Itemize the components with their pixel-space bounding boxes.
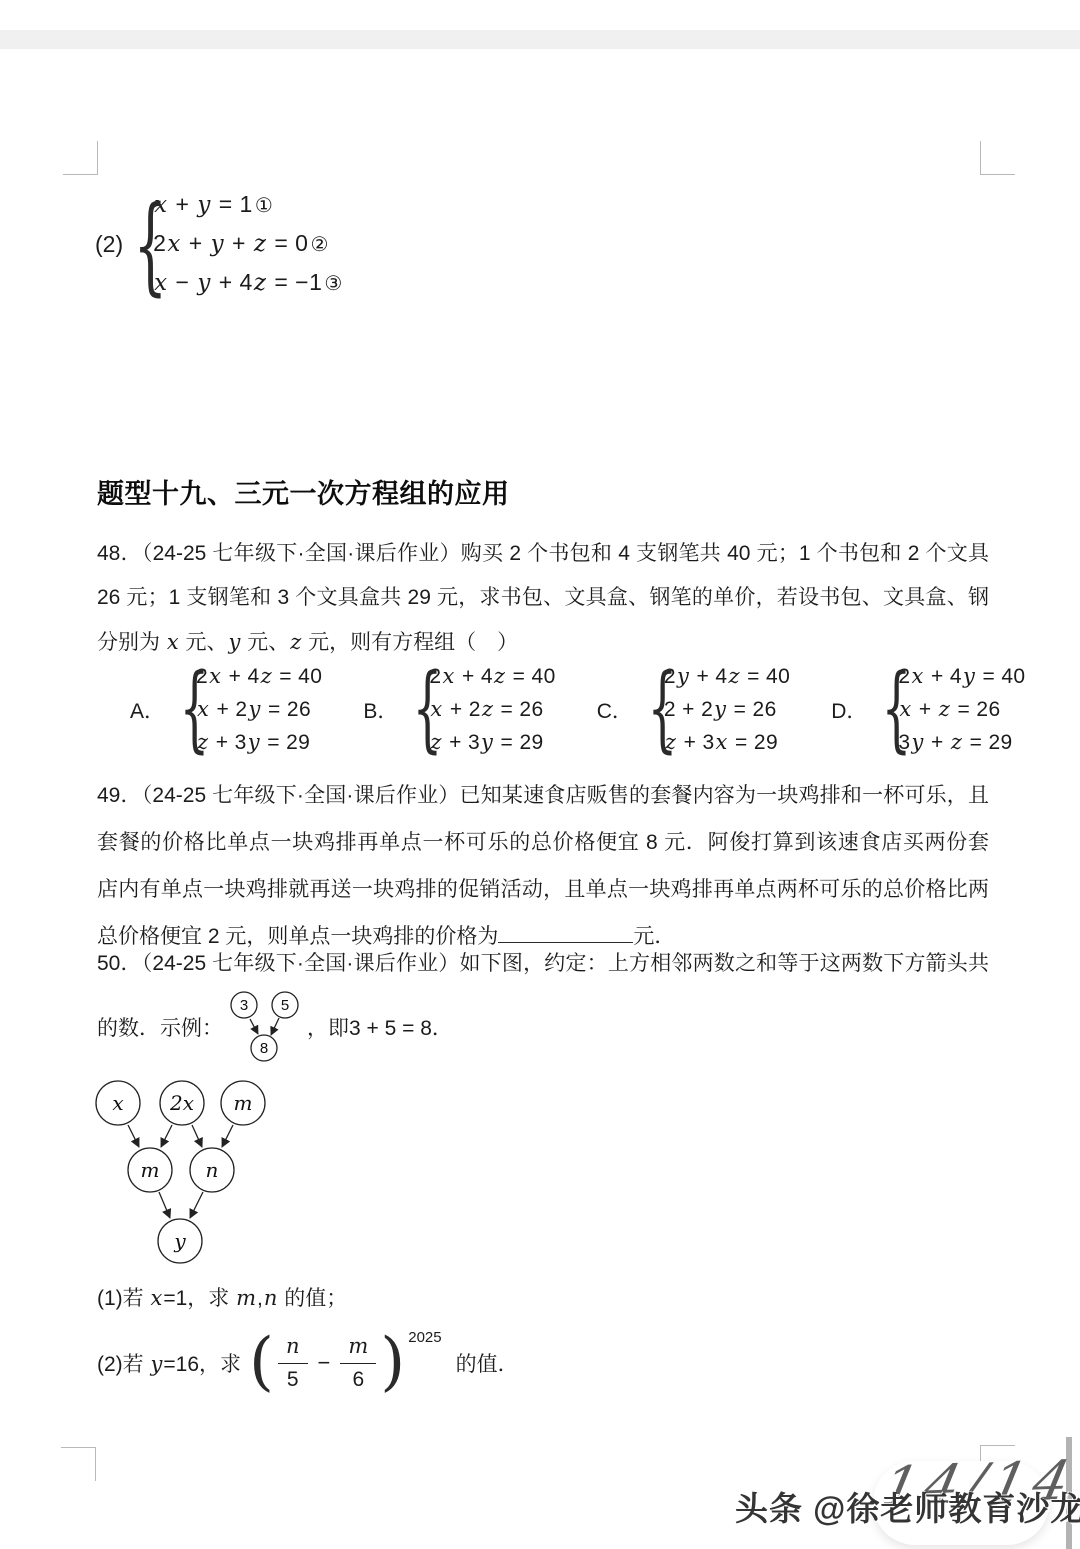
example-node-3-label: 3: [240, 997, 248, 1014]
system-2-equations: x + y = 1① 2x + y + z = 0② x − y + 4z = …: [153, 186, 343, 303]
option-d-eq-1: 2x + 4y = 40: [898, 660, 1025, 693]
watermark-text: 头条 @徐老师教育沙龙: [735, 1483, 1080, 1530]
circled-number-3: ③: [324, 273, 342, 295]
crop-mark-top-right: [980, 141, 1015, 175]
fraction-m-over-6: m 6: [340, 1334, 376, 1392]
answer-blank: [498, 921, 633, 943]
option-b-eq-1: 2x + 4z = 40: [429, 660, 555, 693]
option-a-eq-2: x + 2y = 26: [196, 693, 322, 726]
part-2-prefix: (2)若 y=16，求: [97, 1348, 241, 1378]
arrow-m-to-y: [159, 1192, 170, 1218]
question-50-diagram: x 2x m m n y: [93, 1078, 273, 1270]
fraction-denominator: 5: [287, 1364, 299, 1392]
fraction-denominator: 6: [352, 1364, 364, 1392]
node-n-label: n: [206, 1158, 219, 1182]
example-suffix: ，即3 + 5 = 8．: [307, 1012, 453, 1042]
node-m-top-label: m: [234, 1091, 253, 1115]
option-b-label: B．: [363, 695, 398, 725]
example-node-8-label: 8: [260, 1040, 268, 1057]
arrow-n-to-y: [190, 1192, 203, 1218]
exponent: 2025: [408, 1329, 441, 1346]
question-48: 48．（24-25 七年级下·全国·课后作业）购买 2 个书包和 4 支钢笔共 …: [97, 532, 989, 664]
equation-line: x − y + 4z = −1③: [153, 264, 343, 303]
arrow-m-to-n: [222, 1125, 233, 1147]
top-separator-bar: [0, 30, 1080, 49]
question-49-line-1: 49．（24-25 七年级下·全国·课后作业）已知某速食店贩售的套餐内容为一块鸡…: [97, 772, 989, 819]
question-50: 50．（24-25 七年级下·全国·课后作业）如下图，约定：上方相邻两数之和等于…: [97, 942, 989, 986]
option-a-label: A．: [130, 695, 165, 725]
question-50-part-1: (1)若 x=1，求 m,n 的值；: [97, 1283, 347, 1314]
section-title: 题型十九、三元一次方程组的应用: [97, 472, 510, 511]
left-brace: {: [647, 666, 658, 752]
worksheet-page: (2) { x + y = 1① 2x + y + z = 0② x − y +…: [0, 0, 1080, 1549]
option-c: C． { 2y + 4z = 40 2 + 2y = 26 z + 3x = 2…: [597, 660, 791, 759]
question-48-line-2: 26 元；1 支钢笔和 3 个文具盒共 29 元，求书包、文具盒、钢笔的单价，若…: [97, 576, 989, 620]
option-c-eq-3: z + 3x = 29: [664, 726, 790, 759]
example-sum-diagram: 3 5 8: [229, 988, 301, 1066]
option-a: A． { 2x + 4z = 40 x + 2y = 26 z + 3y = 2…: [130, 660, 322, 759]
equation-line: x + y = 1①: [153, 186, 343, 225]
arrow-2x-to-n: [192, 1125, 202, 1147]
option-d-eq-2: x + z = 26: [898, 693, 1025, 726]
option-a-eq-1: 2x + 4z = 40: [196, 660, 322, 693]
option-c-eq-1: 2y + 4z = 40: [664, 660, 790, 693]
arrow-5-to-8: [271, 1018, 279, 1035]
crop-mark-bottom-left: [61, 1447, 96, 1481]
equation-line: 2x + y + z = 0②: [153, 225, 343, 264]
node-x-label: x: [112, 1091, 123, 1115]
minus-sign: −: [318, 1350, 331, 1376]
example-prefix: 的数．示例：: [97, 1012, 223, 1042]
question-49-line-2: 套餐的价格比单点一块鸡排再单点一杯可乐的总价格便宜 8 元．阿俊打算到该速食店买…: [97, 819, 989, 866]
question-50-example: 的数．示例： 3 5 8 ，即3 + 5 = 8．: [97, 988, 453, 1066]
close-paren: ): [380, 1334, 405, 1392]
option-b-eq-3: z + 3y = 29: [429, 726, 555, 759]
option-b: B． { 2x + 4z = 40 x + 2z = 26 z + 3y = 2…: [363, 660, 555, 759]
crop-mark-top-left: [63, 141, 98, 175]
circled-number-1: ①: [255, 195, 273, 217]
option-c-label: C．: [597, 695, 633, 725]
option-b-eq-2: x + 2z = 26: [429, 693, 555, 726]
equation-text: x + y = 1: [153, 191, 253, 217]
question-49-line-3: 店内有单点一块鸡排就再送一块鸡排的促销活动，且单点一块鸡排再单点两杯可乐的总价格…: [97, 866, 989, 913]
left-brace: {: [413, 666, 424, 752]
left-brace: {: [882, 666, 893, 752]
arrow-2x-to-m: [161, 1125, 172, 1147]
option-d-eq-3: 3y + z = 29: [898, 726, 1025, 759]
fraction-numerator: m: [340, 1334, 376, 1364]
question-48-line-3: 分别为 x 元、y 元、z 元，则有方程组（ ）: [97, 620, 989, 664]
arrow-x-to-m: [128, 1125, 139, 1147]
equation-system-2: (2) { x + y = 1① 2x + y + z = 0② x − y +…: [95, 186, 343, 303]
equation-text: x − y + 4z = −1: [153, 269, 322, 295]
open-paren: (: [249, 1334, 274, 1392]
option-d-label: D．: [831, 695, 867, 725]
arrow-3-to-8: [250, 1019, 258, 1034]
example-node-5-label: 5: [281, 997, 289, 1014]
fraction-numerator: n: [278, 1334, 308, 1364]
node-m-mid-label: m: [141, 1158, 160, 1182]
circled-number-2: ②: [310, 234, 328, 256]
question-49: 49．（24-25 七年级下·全国·课后作业）已知某速食店贩售的套餐内容为一块鸡…: [97, 772, 989, 960]
left-brace: {: [134, 196, 147, 294]
question-48-options: A． { 2x + 4z = 40 x + 2y = 26 z + 3y = 2…: [130, 660, 1026, 759]
part-2-suffix: 的值．: [456, 1348, 519, 1378]
option-c-eq-2: 2 + 2y = 26: [664, 693, 790, 726]
option-d: D． { 2x + 4y = 40 x + z = 26 3y + z = 29: [831, 660, 1025, 759]
system-2-label: (2): [95, 231, 123, 258]
question-50-part-2: (2)若 y=16，求 ( n 5 − m 6 ) 2025 的值．: [97, 1326, 519, 1400]
question-48-line-1: 48．（24-25 七年级下·全国·课后作业）购买 2 个书包和 4 支钢笔共 …: [97, 532, 989, 576]
equation-text: 2x + y + z = 0: [153, 230, 308, 256]
question-50-line-1: 50．（24-25 七年级下·全国·课后作业）如下图，约定：上方相邻两数之和等于…: [97, 942, 989, 986]
left-brace: {: [180, 666, 191, 752]
fraction-n-over-5: n 5: [278, 1334, 308, 1392]
option-a-eq-3: z + 3y = 29: [196, 726, 322, 759]
node-2x-label: 2x: [169, 1091, 194, 1115]
node-y-label: y: [173, 1229, 186, 1253]
